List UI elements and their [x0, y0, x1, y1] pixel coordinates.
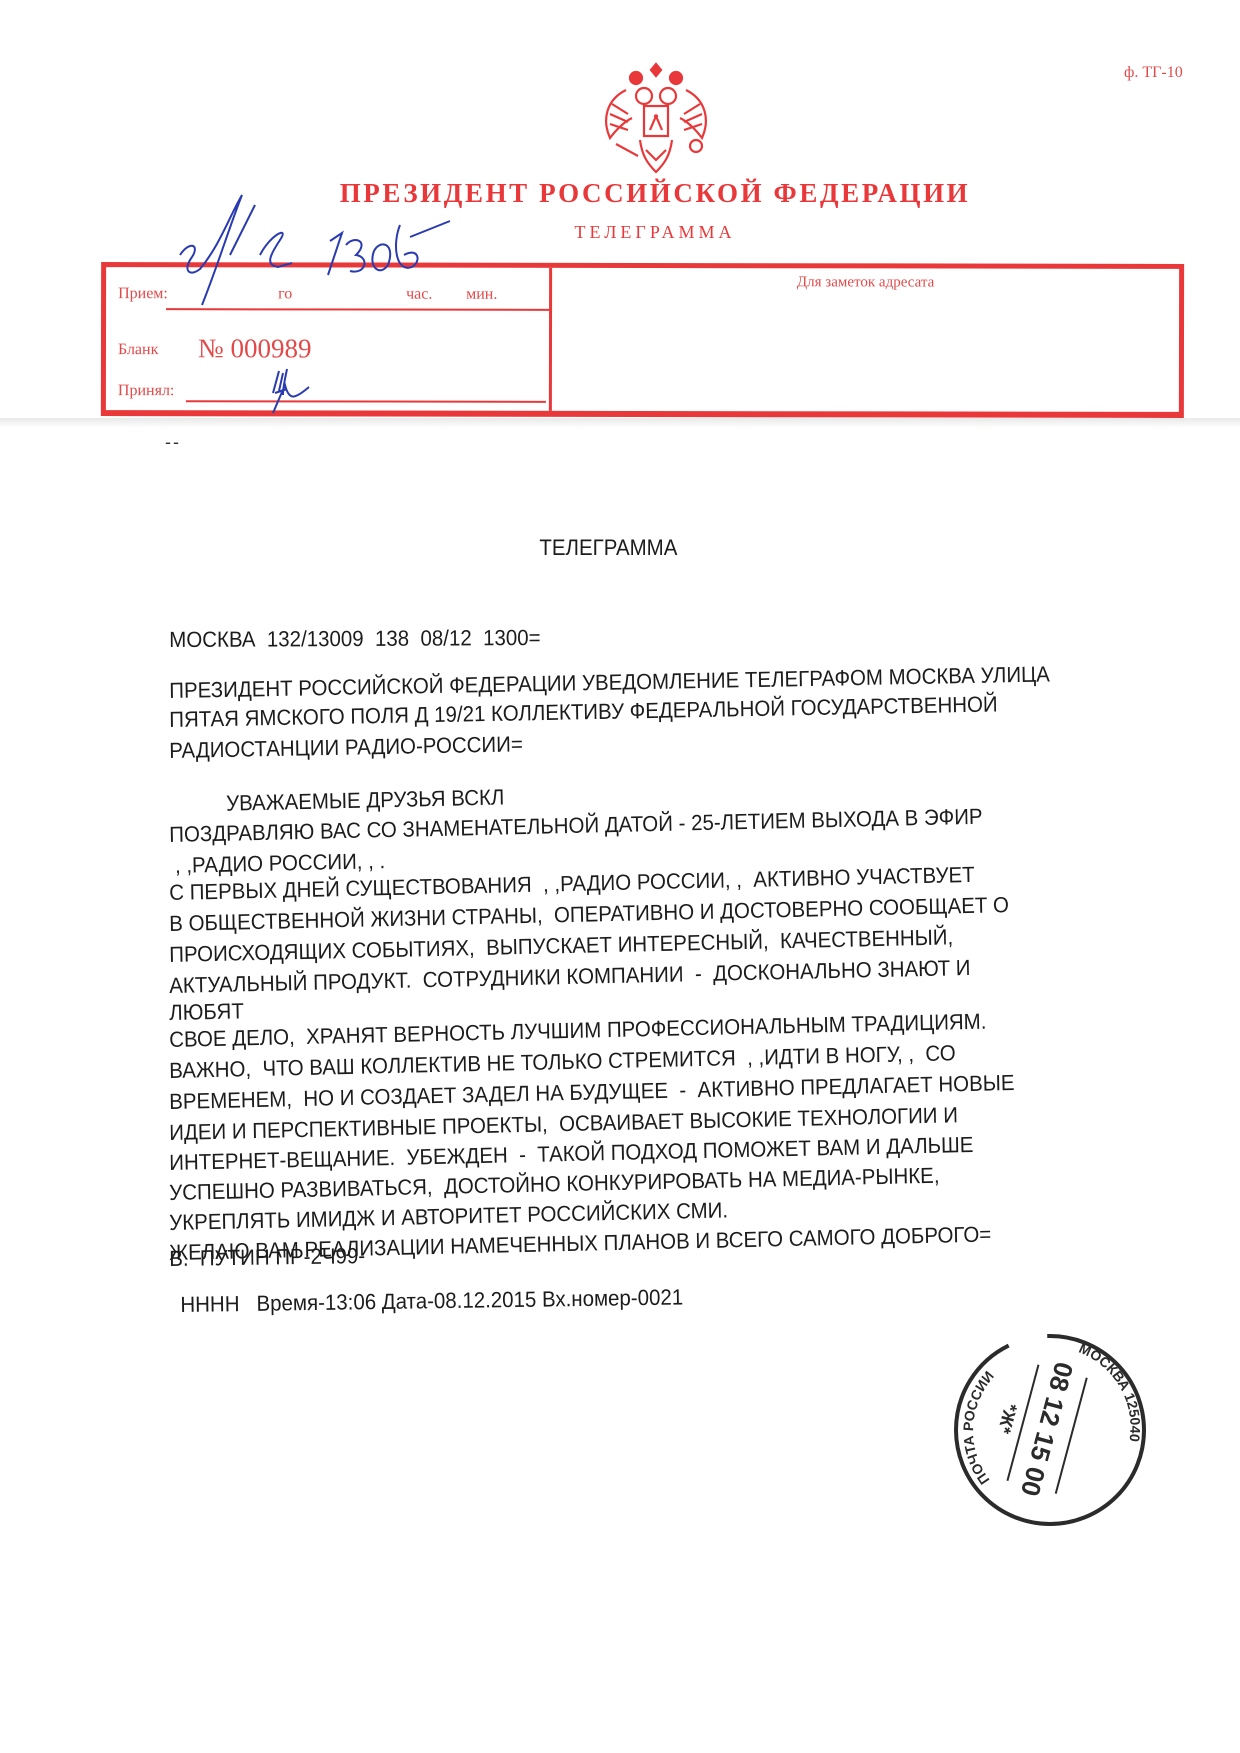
reception-form: Прием: го час. мин. Бланк № 000989 Приня…: [101, 262, 1184, 418]
separator-dashes: --: [165, 432, 181, 453]
document-type-subtitle: ТЕЛЕГРАММА: [0, 222, 1240, 243]
postal-stamp: ПОЧТА РОССИИ МОСКВА 125040 08 12 15 00 *…: [950, 1330, 1150, 1530]
signature-line: В. ПУТИН ПР-2Ч99-: [169, 1243, 365, 1272]
blank-number: № 000989: [198, 333, 312, 364]
telegram-title: ТЕЛЕГРАММА: [539, 535, 677, 561]
notes-label: Для заметок адресата: [552, 274, 1179, 292]
body-line: ЛЮБЯТ: [169, 998, 244, 1026]
accepted-label: Принял:: [118, 382, 175, 400]
blank-label: Бланк: [118, 341, 158, 359]
telegram-footer-line: НННН Время-13:06 Дата-08.12.2015 Вх.номе…: [180, 1284, 683, 1318]
stamp-mark: *Ж*: [994, 1401, 1021, 1435]
accepted-underline: [186, 400, 546, 403]
telegram-header-line: МОСКВА 132/13009 138 08/12 1300=: [169, 625, 540, 653]
day-suffix-label: го: [278, 285, 292, 303]
body-line: УВАЖАЕМЫЕ ДРУЗЬЯ ВСКЛ: [169, 784, 505, 818]
received-label: Прием:: [118, 285, 168, 303]
received-underline: [166, 308, 551, 311]
minute-label: мин.: [466, 286, 497, 304]
issuer-title: ПРЕЗИДЕНТ РОССИЙСКОЙ ФЕДЕРАЦИИ: [0, 178, 1240, 209]
hour-label: час.: [406, 286, 432, 304]
address-line: РАДИОСТАНЦИИ РАДИО-РОССИИ=: [169, 731, 523, 764]
body-line: , ,РАДИО РОССИИ, , .: [169, 848, 385, 879]
stamp-date: 08 12 15 00: [1015, 1359, 1080, 1499]
paper-overlap-edge: [0, 418, 1240, 428]
form-code: ф. ТГ-10: [1124, 64, 1183, 82]
russian-coat-of-arms-icon: [596, 60, 716, 178]
